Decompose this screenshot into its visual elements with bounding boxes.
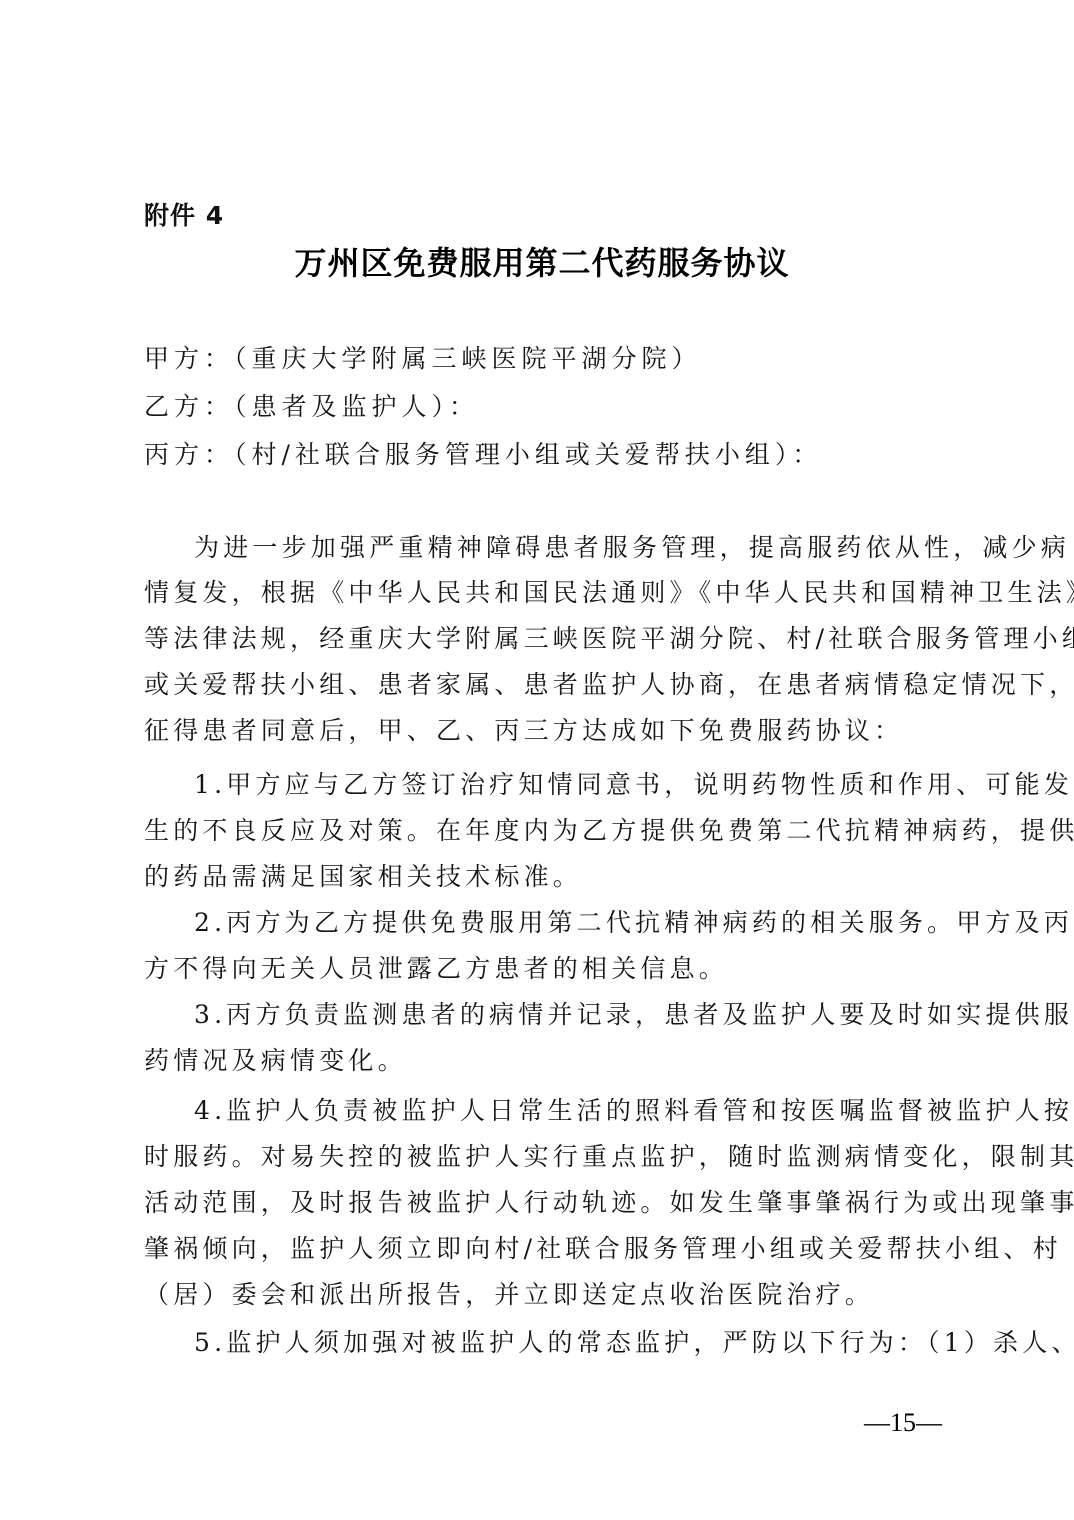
party-a-line: 甲方：（重庆大学附属三峡医院平湖分院） bbox=[144, 344, 702, 374]
party-c-line: 丙方：（村/社联合服务管理小组或关爱帮扶小组）： bbox=[144, 440, 822, 470]
clause-4-line: 肇祸倾向，监护人须立即向村/社联合服务管理小组或关爱帮扶小组、村 bbox=[144, 1234, 1062, 1264]
clause-1-line: 1.甲方应与乙方签订治疗知情同意书，说明药物性质和作用、可能发 bbox=[194, 770, 1073, 800]
clause-4-line: （居）委会和派出所报告，并立即送定点收治医院治疗。 bbox=[144, 1280, 874, 1310]
clause-3-line: 药情况及病情变化。 bbox=[144, 1046, 407, 1076]
paragraph-line: 情复发，根据《中华人民共和国民法通则》《中华人民共和国精神卫生法》 bbox=[144, 578, 1074, 608]
clause-5-line: 5.监护人须加强对被监护人的常态监护，严防以下行为：（1）杀人、 bbox=[194, 1328, 1074, 1358]
clause-4-line: 活动范围，及时报告被监护人行动轨迹。如发生肇事肇祸行为或出现肇事 bbox=[144, 1188, 1074, 1218]
document-page: 附件 4 万州区免费服用第二代药服务协议 甲方：（重庆大学附属三峡医院平湖分院）… bbox=[0, 0, 1074, 1520]
party-b-line: 乙方：（患者及监护人）： bbox=[144, 392, 479, 422]
clause-4-line: 4.监护人负责被监护人日常生活的照料看管和按医嘱监督被监护人按 bbox=[194, 1096, 1073, 1126]
clause-2-line: 方不得向无关人员泄露乙方患者的相关信息。 bbox=[144, 954, 728, 984]
clause-2-line: 2.丙方为乙方提供免费服用第二代抗精神病药的相关服务。甲方及丙 bbox=[194, 908, 1073, 938]
clause-4-line: 时服药。对易失控的被监护人实行重点监护，随时监测病情变化，限制其 bbox=[144, 1142, 1074, 1172]
paragraph-line: 征得患者同意后，甲、乙、丙三方达成如下免费服药协议： bbox=[144, 716, 903, 746]
attachment-label: 附件 4 bbox=[144, 196, 224, 232]
paragraph-line: 等法律法规，经重庆大学附属三峡医院平湖分院、村/社联合服务管理小组 bbox=[144, 624, 1074, 654]
page-number: —15— bbox=[864, 1408, 942, 1438]
clause-3-line: 3.丙方负责监测患者的病情并记录，患者及监护人要及时如实提供服 bbox=[194, 1000, 1073, 1030]
paragraph-line: 或关爱帮扶小组、患者家属、患者监护人协商，在患者病情稳定情况下， bbox=[144, 670, 1074, 700]
clause-1-line: 的药品需满足国家相关技术标准。 bbox=[144, 862, 582, 892]
document-title: 万州区免费服用第二代药服务协议 bbox=[0, 238, 1074, 284]
clause-1-line: 生的不良反应及对策。在年度内为乙方提供免费第二代抗精神病药，提供 bbox=[144, 816, 1074, 846]
paragraph-line: 为进一步加强严重精神障碍患者服务管理，提高服药依从性，减少病 bbox=[194, 533, 1070, 563]
